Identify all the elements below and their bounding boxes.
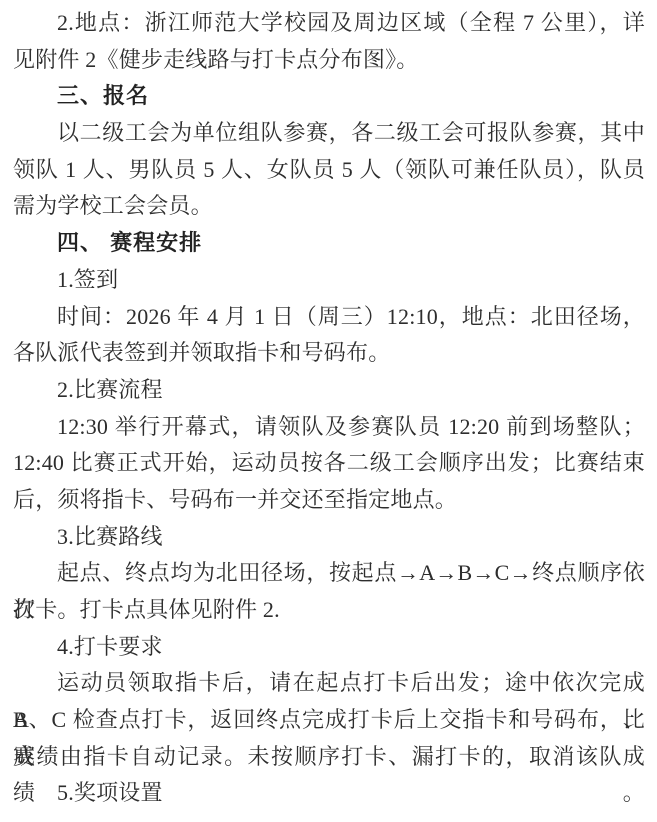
- heading-section-registration: 三、报名: [13, 78, 645, 115]
- item-process-title: 2.比赛流程: [13, 372, 645, 409]
- paragraph-signin-line-2: 各队派代表签到并领取指卡和号码布。: [13, 335, 645, 372]
- item-checkin-title: 4.打卡要求: [13, 629, 645, 666]
- document-page: 2.地点：浙江师范大学校园及周边区域（全程 7 公里），详 见附件 2《健步走线…: [0, 0, 657, 822]
- paragraph-location-line-2: 见附件 2《健步走线路与打卡点分布图》。: [13, 42, 645, 79]
- paragraph-checkin-line-2: B、C 检查点打卡，返回终点完成打卡后上交指卡和号码布，比赛: [13, 702, 645, 739]
- paragraph-route-line-2: 打卡。打卡点具体见附件 2.: [13, 592, 645, 629]
- paragraph-process-line-2: 12:40 比赛正式开始，运动员按各二级工会顺序出发；比赛结束: [13, 445, 645, 482]
- paragraph-location-line-1: 2.地点：浙江师范大学校园及周边区域（全程 7 公里），详: [13, 5, 645, 42]
- paragraph-process-line-3: 后，须将指卡、号码布一并交还至指定地点。: [13, 482, 645, 519]
- paragraph-registration-line-1: 以二级工会为单位组队参赛，各二级工会可报队参赛，其中: [13, 115, 645, 152]
- item-route-title: 3.比赛路线: [13, 519, 645, 556]
- paragraph-registration-line-3: 需为学校工会会员。: [13, 188, 645, 225]
- heading-section-schedule: 四、 赛程安排: [13, 225, 645, 262]
- paragraph-route-line-1: 起点、终点均为北田径场，按起点→A→B→C→终点顺序依次: [13, 555, 645, 592]
- item-signin-title: 1.签到: [13, 262, 645, 299]
- paragraph-registration-line-2: 领队 1 人、男队员 5 人、女队员 5 人（领队可兼任队员），队员: [13, 152, 645, 189]
- paragraph-checkin-line-1: 运动员领取指卡后，请在起点打卡后出发；途中依次完成 A、: [13, 665, 645, 702]
- paragraph-signin-line-1: 时间：2026 年 4 月 1 日（周三）12:10，地点：北田径场，: [13, 299, 645, 336]
- paragraph-process-line-1: 12:30 举行开幕式，请领队及参赛队员 12:20 前到场整队；: [13, 409, 645, 446]
- paragraph-checkin-line-3: 成绩由指卡自动记录。未按顺序打卡、漏打卡的，取消该队成绩。: [13, 739, 645, 776]
